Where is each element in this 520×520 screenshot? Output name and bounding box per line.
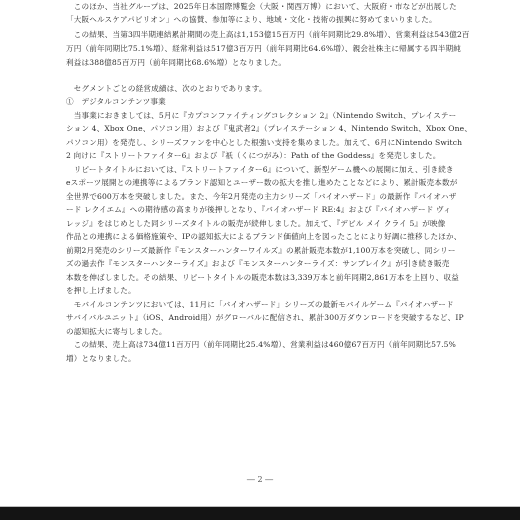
text-line: このほか、当社グループは、2025年日本国際博覧会（大阪・関西万博）において、大… xyxy=(66,2,476,12)
page-number: ― 2 ― xyxy=(0,475,520,484)
text-line: サバイバルユニット』（iOS、Android用）がグローバルに配信され、累計30… xyxy=(66,313,476,323)
text-line: eスポーツ展開との連携等によるブランド認知とユーザー数の拡大を推し進めたことなど… xyxy=(66,178,476,188)
text-line: 万円（前年同期比75.1%増）、経常利益は517億3百万円（前年同期比64.6%… xyxy=(66,44,476,54)
text-line: ード レクイエム』への期待感の高まりが後押しとなり、『バイオハザード RE:4』… xyxy=(66,205,476,215)
text-line: レッジ』をはじめとした同シリーズタイトルの販売が続伸しました。加えて、『デビル … xyxy=(66,219,476,229)
text-line: 本数を伸ばしました。その結果、リピートタイトルの販売本数は3,339万本と前年同… xyxy=(66,273,476,283)
text-line: 当事業におきましては、5月に『カプコンファイティングコレクション 2』（Nint… xyxy=(66,111,476,121)
viewer-bottom-bar xyxy=(0,507,520,520)
text-line: 全世界で600万本を突破しました。また、今年2月発売の主力シリーズ「バイオハザー… xyxy=(66,192,476,202)
text-line: を押し上げました。 xyxy=(66,286,476,296)
text-line: 2 向けに『ストリートファイター6』および『祇（くにつがみ）：Path of t… xyxy=(66,151,476,161)
document-page: このほか、当社グループは、2025年日本国際博覧会（大阪・関西万博）において、大… xyxy=(0,0,520,507)
text-line: この結果、売上高は734億11百万円（前年同期比25.4%増）、営業利益は460… xyxy=(66,340,476,350)
text-line: 利益は388億85百万円（前年同期比68.6%増）となりました。 xyxy=(66,58,476,68)
segment-intro: セグメントごとの経営成績は、次のとおりであります。 xyxy=(66,84,476,94)
text-line: 「大阪ヘルスケアパビリオン」への協賛、参加等により、地域・文化・技術の振興に努め… xyxy=(66,15,476,25)
text-line: この結果、当第3四半期連結累計期間の売上高は1,153億15百万円（前年同期比2… xyxy=(66,30,476,40)
text-line: ション 4、Xbox One、パソコン用）および『鬼武者2』（プレイステーション… xyxy=(66,124,476,134)
text-line: リピートタイトルにおいては、『ストリートファイター6』について、新型ゲーム機への… xyxy=(66,165,476,175)
segment-heading: ① デジタルコンテンツ事業 xyxy=(66,97,476,107)
text-line: の認知拡大に寄与しました。 xyxy=(66,327,476,337)
text-line: 前期2月発売のシリーズ最新作『モンスターハンターワイルズ』の累計販売本数が1,1… xyxy=(66,246,476,256)
text-line: ズの過去作『モンスターハンターライズ』および『モンスターハンターライズ：サンブレ… xyxy=(66,259,476,269)
text-line: 作品との連携による価格施策や、IPの認知拡大によるブランド価値向上を図ったことに… xyxy=(66,232,476,242)
text-line: パソコン用）を発売し、シリーズファンを中心とした根強い支持を集めました。加えて、… xyxy=(66,138,476,148)
text-line: モバイルコンテンツにおいては、11月に「バイオハザード」シリーズの最新モバイルゲ… xyxy=(66,300,476,310)
text-line: 増）となりました。 xyxy=(66,354,476,364)
